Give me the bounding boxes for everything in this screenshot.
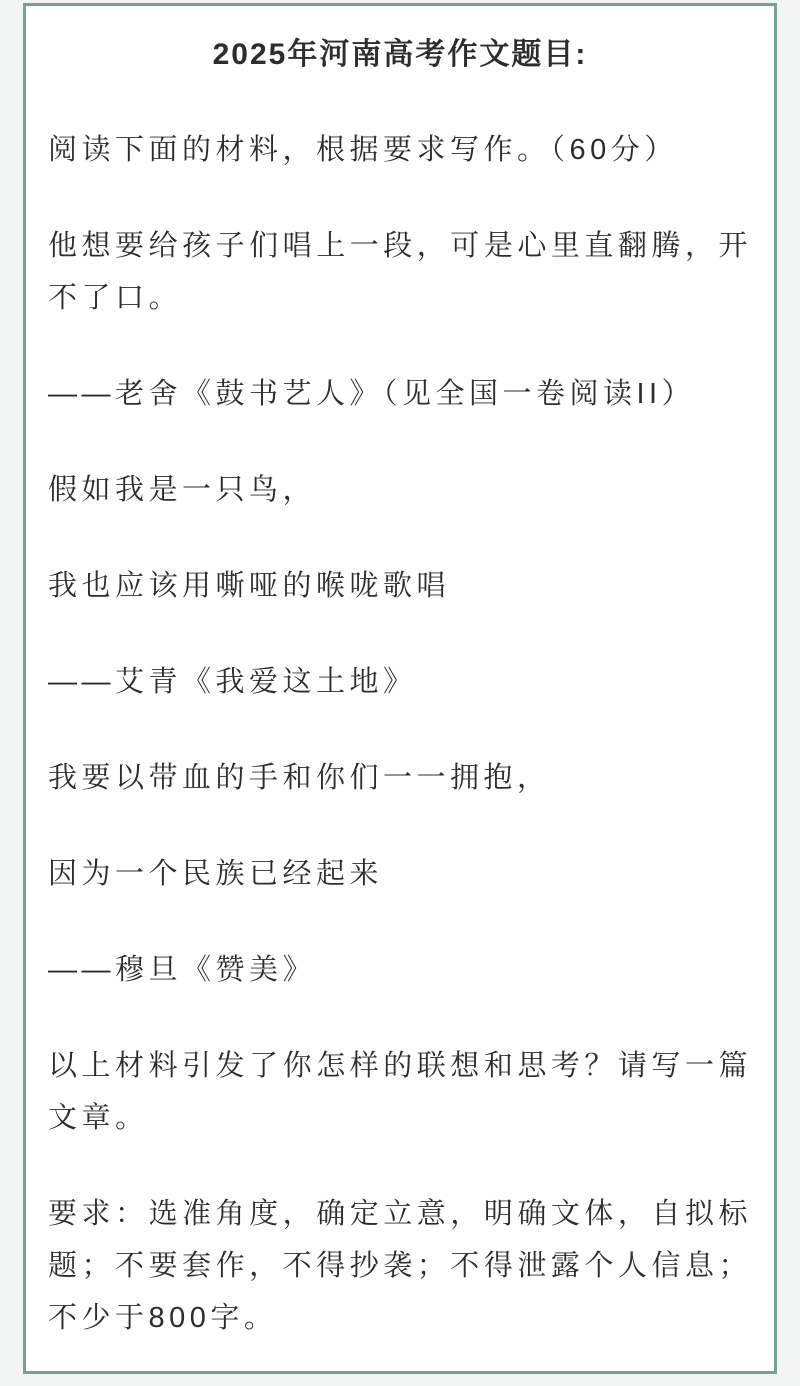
- essay-prompt-card: 2025年河南高考作文题目: 阅读下面的材料，根据要求写作。（60分）他想要给孩…: [23, 3, 777, 1374]
- essay-paragraph: ——穆旦《赞美》: [48, 944, 752, 996]
- essay-paragraph: 要求：选准角度，确定立意，明确文体，自拟标题；不要套作，不得抄袭；不得泄露个人信…: [48, 1188, 752, 1344]
- essay-paragraph: 以上材料引发了你怎样的联想和思考？请写一篇文章。: [48, 1040, 752, 1144]
- essay-paragraph: ——艾青《我爱这土地》: [48, 656, 752, 708]
- essay-title: 2025年河南高考作文题目:: [48, 34, 752, 76]
- essay-paragraph: 假如我是一只鸟，: [48, 464, 752, 516]
- essay-paragraph: 阅读下面的材料，根据要求写作。（60分）: [48, 124, 752, 176]
- essay-paragraph: 我要以带血的手和你们一一拥抱，: [48, 752, 752, 804]
- essay-paragraph: 因为一个民族已经起来: [48, 848, 752, 900]
- essay-body: 阅读下面的材料，根据要求写作。（60分）他想要给孩子们唱上一段，可是心里直翻腾，…: [48, 124, 752, 1344]
- essay-paragraph: 我也应该用嘶哑的喉咙歌唱: [48, 560, 752, 612]
- essay-paragraph: 他想要给孩子们唱上一段，可是心里直翻腾，开不了口。: [48, 220, 752, 324]
- essay-paragraph: ——老舍《鼓书艺人》（见全国一卷阅读II）: [48, 368, 752, 420]
